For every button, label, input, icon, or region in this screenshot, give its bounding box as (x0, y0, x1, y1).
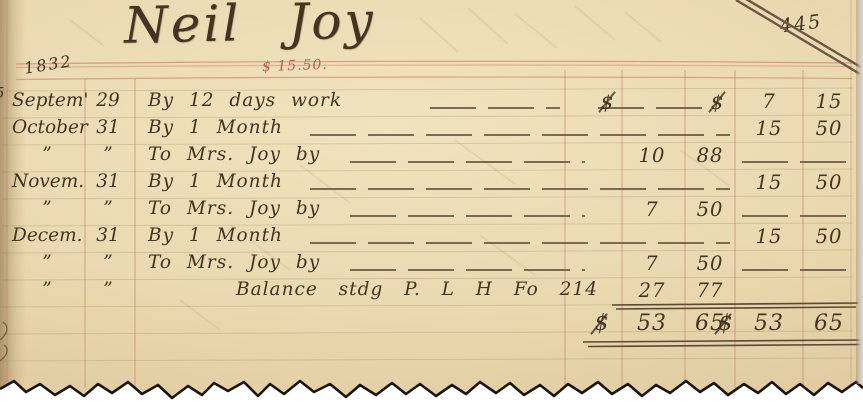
scan-right-edge (856, 0, 863, 384)
ledger-page-scan: Neil Joy $ 15.50. 1832 445 5 Septem' 29 … (0, 0, 863, 407)
torn-edge (0, 0, 863, 407)
